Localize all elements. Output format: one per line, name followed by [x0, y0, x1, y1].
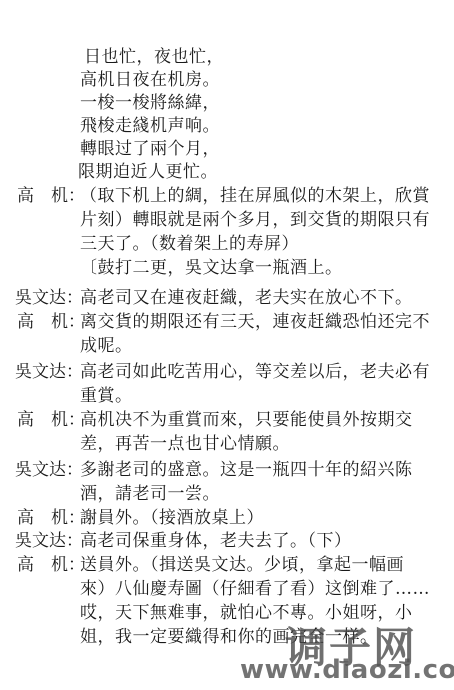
dialogue-line: 三天了。（数着架上的寿屏）	[80, 233, 299, 255]
speaker-label: 高 机：	[17, 409, 85, 431]
speaker-label: 吳文达：	[15, 459, 83, 481]
speaker-label: 吳文达：	[15, 530, 83, 552]
speaker-label: 吳文达：	[15, 361, 83, 383]
stage-direction: 〔鼓打二更，吳文达拿一瓶酒上。	[80, 257, 343, 279]
dialogue-line: 重賞。	[80, 385, 133, 407]
watermark-url: www.diaozi.com	[240, 655, 454, 685]
dialogue-line: 送員外。（揖送吳文达。少頃，拿起一幅画	[80, 554, 404, 576]
poem-line: 高机日夜在机房。	[80, 69, 220, 91]
poem-line: 限期迫近人更忙。	[78, 161, 218, 183]
speaker-label: 高 机：	[17, 507, 85, 529]
dialogue-line: 謝員外。（接酒放桌上）	[80, 507, 264, 529]
speaker-label: 高 机：	[17, 554, 85, 576]
poem-line: 轉眼过了兩个月，	[80, 138, 220, 160]
dialogue-line: 高老司保重身体，老夫去了。（下）	[80, 530, 352, 552]
dialogue-line: 高机决不为重賞而來，只要能使員外按期交	[80, 409, 413, 431]
dialogue-line: 酒，請老司一尝。	[80, 483, 220, 505]
dialogue-line: 高老司如此吃苦用心，等交差以后，老夫必有	[80, 361, 430, 383]
poem-line: 一梭一梭將絲緯，	[80, 92, 220, 114]
dialogue-line: 來）八仙慶寿圖（仔細看了看）这倒难了……	[80, 578, 430, 600]
speaker-label: 高 机：	[17, 185, 85, 207]
poem-line: 飛梭走綫机声响。	[80, 115, 220, 137]
dialogue-line: 离交貨的期限还有三天，連夜赶織恐怕还完不	[80, 311, 430, 333]
dialogue-line: 差，再苦一点也甘心情願。	[80, 433, 290, 455]
dialogue-line: 多謝老司的盛意。这是一瓶四十年的紹兴陈	[80, 459, 413, 481]
speaker-label: 高 机：	[17, 311, 85, 333]
dialogue-line: 高老司又在連夜赶織，老夫实在放心不下。	[80, 287, 413, 309]
dialogue-line: 成呢。	[80, 335, 133, 357]
poem-line: 日也忙，夜也忙，	[84, 46, 224, 68]
dialogue-line: 片刻）轉眼就是兩个多月，到交貨的期限只有	[80, 209, 430, 231]
speaker-label: 吳文达：	[15, 287, 83, 309]
dialogue-line: （取下机上的綢，挂在屏風似的木架上，欣賞	[80, 185, 430, 207]
script-page: 日也忙，夜也忙， 高机日夜在机房。 一梭一梭將絲緯， 飛梭走綫机声响。 轉眼过了…	[0, 0, 454, 690]
